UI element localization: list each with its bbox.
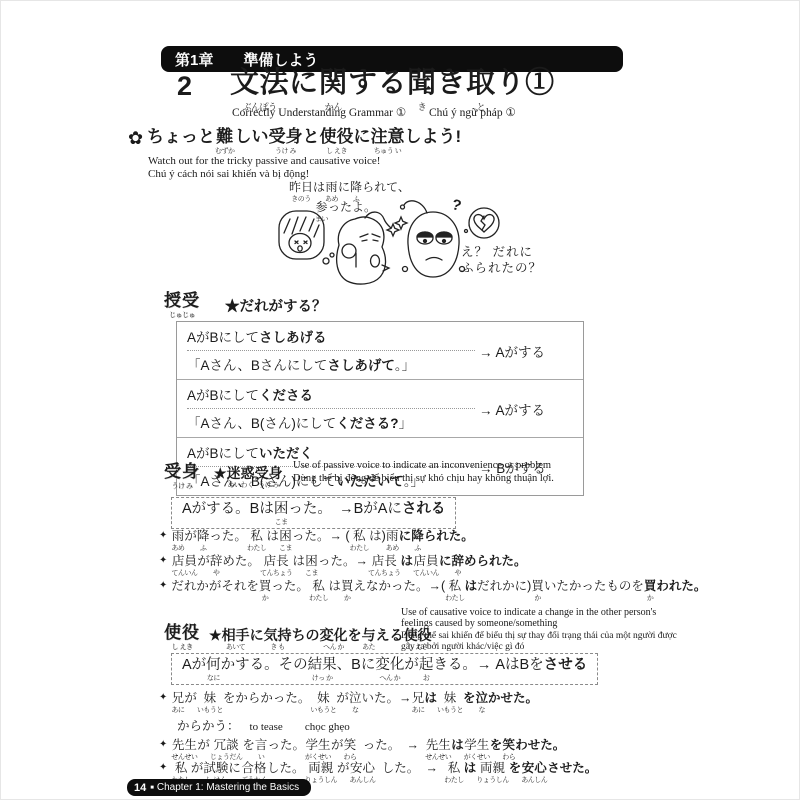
shieki-example-1: ✦兄あにが 妹いもうとをからかった。 妹いもうとが 泣ないた。→ 兄あには 妹い…: [159, 691, 538, 714]
ukemi-example-1: ✦雨あめが 降ふった。 私わたしは 困こまった。→ ( 私わたしは) 雨あめに …: [159, 529, 474, 552]
flower-icon: ✿: [128, 128, 143, 149]
page-number: 14: [134, 782, 146, 794]
intro-heading: ちょっと 難むずかしい 受身うけ みと 使役し えきに 注意ちゅう いしよう!: [147, 127, 461, 155]
bullet-icon: ✦: [159, 580, 167, 591]
bullet-icon: ✦: [159, 555, 167, 566]
footer-text: Chapter 1: Mastering the Basics: [157, 782, 299, 793]
bullet-icon: ✦: [159, 692, 167, 703]
shieki-pattern-box: Aが 何なにかする。その 結果けっ か、Bに 変化へん かが 起おきる。→ Aは…: [171, 653, 598, 685]
pattern-line: AがBにしてさしあげる: [187, 323, 475, 351]
vocab-vietnamese: chọc ghẹo: [305, 721, 350, 733]
shieki-vietnamese-1: Dùng thể sai khiến để biểu thị sự thay đ…: [401, 631, 677, 642]
shieki-vietnamese-2: gây ra bởi người khác/việc gì đó: [401, 642, 524, 653]
table-row: AがBにしてさしあげる 「Aさん、Bさんにしてさしあげて。」 → Aがする: [177, 322, 583, 379]
lesson-subtitle-en: Correctly Understanding Grammar ①: [232, 107, 406, 119]
table-cell-pattern: AがBにしてさしあげる 「Aさん、Bさんにしてさしあげて。」: [177, 322, 479, 379]
square-icon: ■: [150, 785, 154, 791]
pattern-line: AがBにしてくださる: [187, 381, 475, 409]
ukemi-example-3: ✦だれかがそれを 買かった。 私わたしは 買かえなかった。→( 私わたしは だれ…: [159, 579, 706, 602]
speech-line-2: 参まいったよ。: [315, 201, 376, 223]
example-line: 「Aさん、Bさんにしてさしあげて。」: [187, 351, 475, 377]
intro-english: Watch out for the tricky passive and cau…: [148, 155, 380, 167]
bullet-icon: ✦: [159, 530, 167, 541]
shieki-english-1: Use of causative voice to indicate a cha…: [401, 607, 656, 619]
ukemi-vietnamese: Dùng thể bị động để biểu thị sự khó chịu…: [293, 473, 554, 484]
chapter-number: 第1章: [175, 49, 213, 70]
bullet-icon: ✦: [159, 762, 167, 773]
section-label-ukemi: 受身うけ み: [164, 462, 200, 490]
table-row: AがBにしてくださる 「Aさん、B(さん)にしてくださる?」 → Aがする: [177, 379, 583, 437]
ukemi-pattern-box: Aがする。Bは 困こまった。 →BがAに される: [171, 497, 456, 529]
shieki-subheading: ★ 相手あいてに 気持き もちの 変化へん かを 与あたえる 使役し えき: [209, 627, 432, 651]
juju-note: ★だれがする？: [225, 295, 327, 316]
shieki-english-2: feelings caused by someone/something: [401, 618, 557, 630]
vocabulary-note: からかう：to teasechọc ghẹo: [177, 716, 350, 734]
lesson-subtitle: Correctly Understanding Grammar ① Chú ý …: [232, 105, 516, 119]
section-label-shieki: 使役し えき: [164, 623, 200, 651]
vocab-word: からかう：: [177, 719, 240, 733]
lesson-subtitle-vi: Chú ý ngữ pháp ①: [429, 107, 516, 119]
ukemi-subheading: ★ 迷惑めいわく受身うけ み: [214, 465, 283, 489]
shieki-example-2: ✦先生せんせいが 冗談じょうだんを 言いった。 学生がくせいが 笑わらった。 →…: [159, 738, 565, 761]
table-cell-result: → Aがする: [479, 322, 583, 379]
table-cell-pattern: AがBにしてくださる 「Aさん、B(さん)にしてくださる?」: [177, 380, 479, 437]
textbook-page: 第1章 準備しよう 2 文法ぶんぽうに 関かんする 聞きき 取とり① Corre…: [0, 0, 800, 800]
example-line: 「Aさん、B(さん)にしてくださる?」: [187, 409, 475, 435]
ukemi-example-2: ✦店員てんいんが 辞やめた。 店長てんちょうは 困こまった。→ 店長てんちょうは…: [159, 554, 527, 577]
lesson-number: 2: [177, 71, 192, 102]
section-label-juju: 授受じゅじゅ: [164, 291, 200, 319]
vocab-english: to tease: [250, 721, 283, 733]
page-footer: 14 ■ Chapter 1: Mastering the Basics: [127, 779, 311, 796]
speech-line-4: ふられたの？: [461, 258, 542, 276]
ukemi-english: Use of passive voice to indicate an inco…: [293, 460, 551, 471]
table-cell-result: → Aがする: [479, 380, 583, 437]
cartoon-illustration: 昨日きのうは 雨あめに 降ふられて、 参まいったよ。 え？ だれに ふられたの？…: [251, 179, 581, 295]
bullet-icon: ✦: [159, 739, 167, 750]
